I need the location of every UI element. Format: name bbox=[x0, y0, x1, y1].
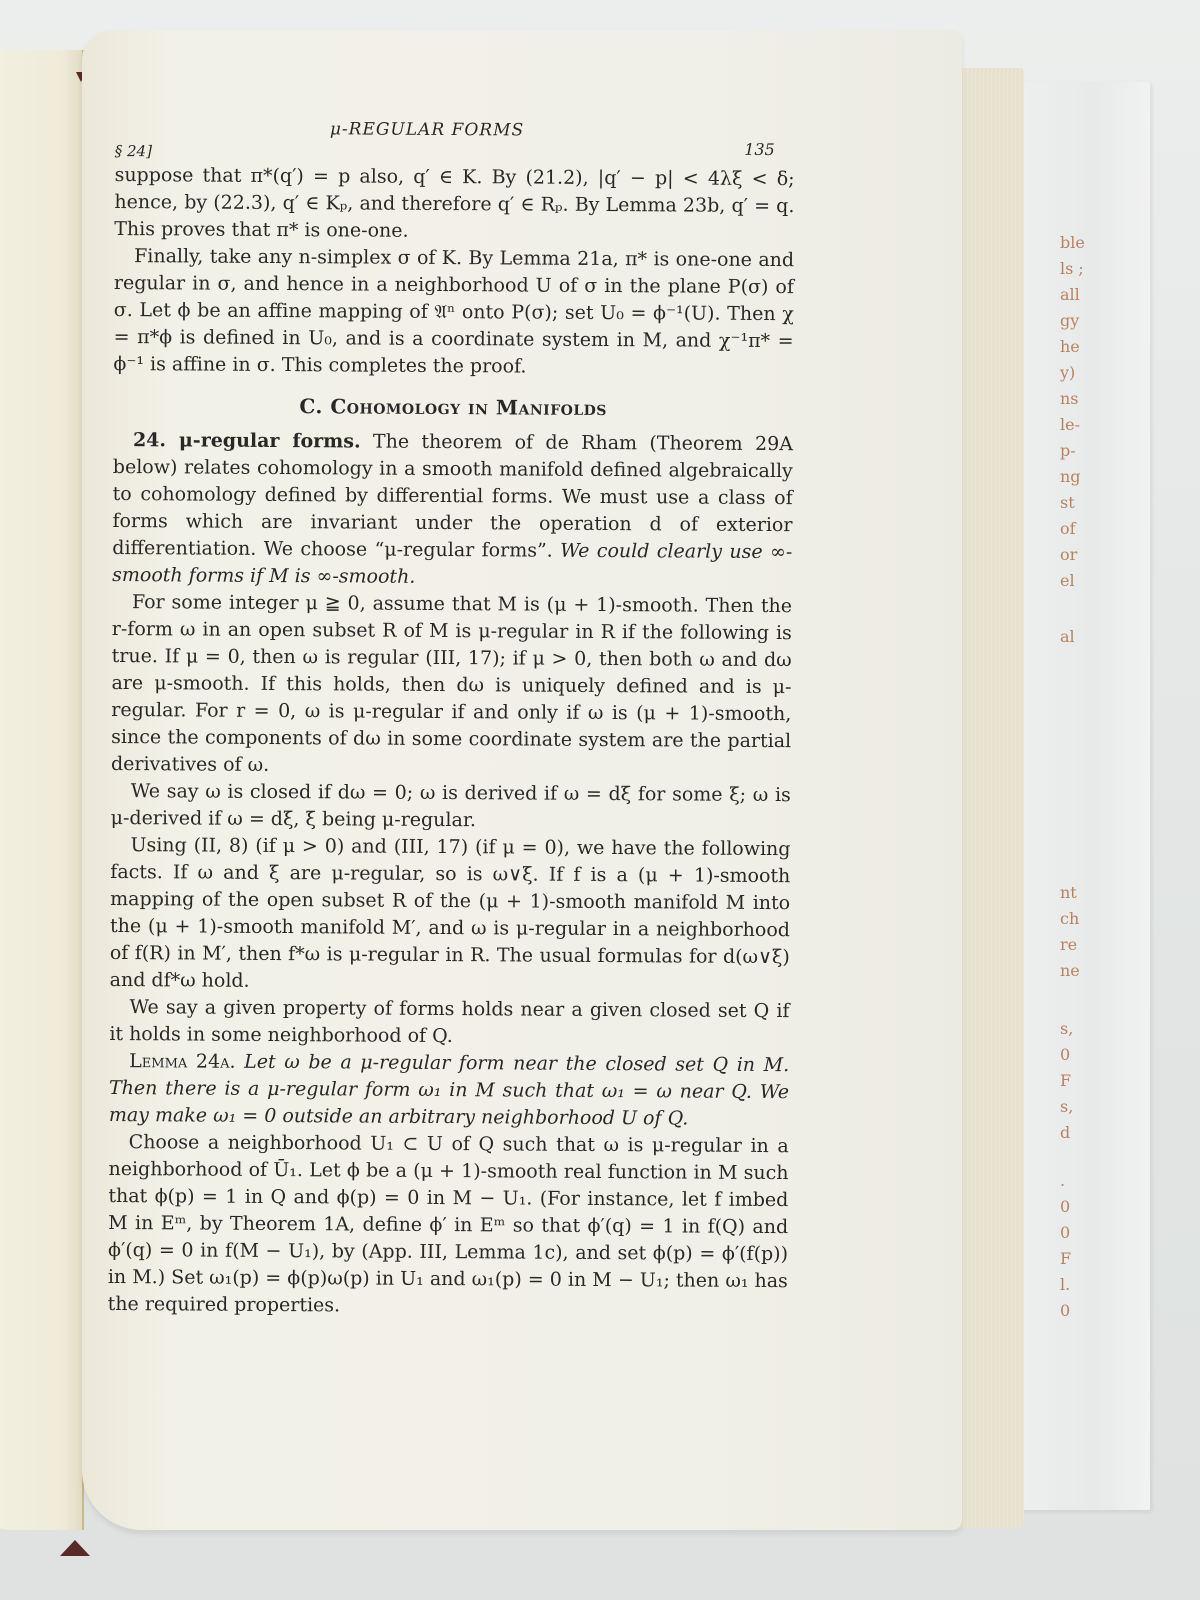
jacket-fragment: he bbox=[1060, 334, 1080, 360]
jacket-fragment: 0 bbox=[1060, 1042, 1070, 1068]
jacket-fragment: ch bbox=[1060, 906, 1079, 932]
jacket-fragment: p- bbox=[1060, 438, 1076, 464]
jacket-fragment: or bbox=[1060, 542, 1077, 568]
paragraph: For some integer μ ≧ 0, assume that M is… bbox=[111, 589, 792, 782]
jacket-fragment: y) bbox=[1060, 360, 1075, 386]
running-title: μ-REGULAR FORMS bbox=[330, 116, 524, 144]
jacket-fragment: le- bbox=[1060, 412, 1080, 438]
paragraph: We say a given property of forms holds n… bbox=[109, 994, 789, 1052]
article-heading: 24. μ-regular forms. bbox=[133, 429, 361, 452]
jacket-fragment: ng bbox=[1060, 464, 1081, 490]
jacket-fragment: ne bbox=[1060, 958, 1080, 984]
jacket-fragment: st bbox=[1060, 490, 1075, 516]
paragraph: Choose a neighborhood U₁ ⊂ U of Q such t… bbox=[108, 1129, 789, 1322]
paragraph: Using (II, 8) (if μ > 0) and (III, 17) (… bbox=[110, 832, 791, 998]
running-head: § 24] μ-REGULAR FORMS 135 bbox=[115, 110, 795, 166]
jacket-fragment: al bbox=[1060, 624, 1075, 650]
section-marker: § 24] bbox=[115, 138, 152, 165]
jacket-fragment: 0 bbox=[1060, 1194, 1070, 1220]
jacket-fragment: F bbox=[1060, 1246, 1071, 1272]
section-heading: C. Cohomology in Manifolds bbox=[113, 392, 793, 423]
left-page bbox=[0, 50, 84, 1530]
jacket-fragment: gy bbox=[1060, 308, 1079, 334]
jacket-fragment: 0 bbox=[1060, 1220, 1070, 1246]
jacket-fragment: el bbox=[1060, 568, 1075, 594]
lemma-label: Lemma 24a. bbox=[129, 1050, 235, 1073]
jacket-fragment: d bbox=[1060, 1120, 1070, 1146]
jacket-fragment: s, bbox=[1060, 1016, 1073, 1042]
jacket-fragment: re bbox=[1060, 932, 1077, 958]
jacket-fragment: F bbox=[1060, 1068, 1071, 1094]
jacket-fragment: 0 bbox=[1060, 1298, 1070, 1324]
jacket-fragment: ble bbox=[1060, 230, 1085, 256]
page-text-block: § 24] μ-REGULAR FORMS 135 suppose that π… bbox=[108, 110, 795, 1322]
jacket-fragment: ns bbox=[1060, 386, 1079, 412]
page-number: 135 bbox=[744, 136, 775, 163]
paragraph: Finally, take any n-simplex σ of K. By L… bbox=[113, 243, 794, 382]
article-paragraph: 24. μ-regular forms. The theorem of de R… bbox=[112, 427, 793, 593]
paragraph: suppose that π*(q′) = p also, q′ ∈ K. By… bbox=[114, 162, 794, 247]
jacket-fragment: all bbox=[1060, 282, 1080, 308]
dust-jacket bbox=[1010, 82, 1150, 1510]
page-stack-edge bbox=[952, 68, 1024, 1528]
jacket-fragment: l. bbox=[1060, 1272, 1070, 1298]
paragraph: We say ω is closed if dω = 0; ω is deriv… bbox=[111, 778, 791, 836]
lemma-paragraph: Lemma 24a. Let ω be a μ-regular form nea… bbox=[109, 1048, 789, 1133]
jacket-fragment: s, bbox=[1060, 1094, 1073, 1120]
jacket-fragment: ls ; bbox=[1060, 256, 1084, 282]
jacket-fragment: nt bbox=[1060, 880, 1077, 906]
jacket-fragment: . bbox=[1060, 1168, 1065, 1194]
jacket-fragment: of bbox=[1060, 516, 1076, 542]
